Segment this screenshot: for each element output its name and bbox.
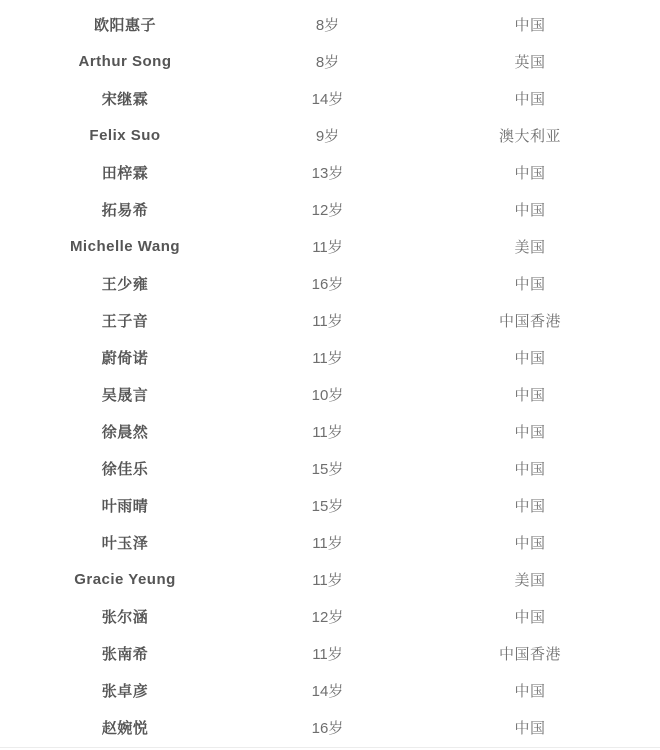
table-row: 田梓霖 13岁 中国 [0,154,660,191]
participant-name: Felix Suo [0,127,250,144]
table-row: 徐佳乐 15岁 中国 [0,450,660,487]
participant-age: 11岁 [250,643,405,664]
table-row: 赵婉悦 16岁 中国 [0,709,660,746]
participant-age: 16岁 [250,717,405,738]
participant-country: 美国 [405,569,655,590]
participant-age: 12岁 [250,199,405,220]
table-row: 欧阳惠子 8岁 中国 [0,6,660,43]
participant-name: 叶玉泽 [0,532,250,553]
participant-name: Michelle Wang [0,238,250,255]
participant-age: 15岁 [250,495,405,516]
participant-name: 徐佳乐 [0,458,250,479]
participant-country: 中国 [405,458,655,479]
participant-country: 中国 [405,532,655,553]
participant-country: 中国 [405,680,655,701]
table-row: 徐晨然 11岁 中国 [0,413,660,450]
participant-name: 徐晨然 [0,421,250,442]
participant-age: 11岁 [250,236,405,257]
participant-country: 中国 [405,421,655,442]
participant-name: 张南希 [0,643,250,664]
participant-name: Arthur Song [0,53,250,70]
table-row: 张南希 11岁 中国香港 [0,635,660,672]
participant-country: 中国 [405,495,655,516]
participant-country: 中国 [405,347,655,368]
participant-country: 澳大利亚 [405,125,655,146]
participant-age: 11岁 [250,532,405,553]
table-row: Arthur Song 8岁 英国 [0,43,660,80]
participant-country: 中国香港 [405,643,655,664]
participants-table: 欧阳惠子 8岁 中国 Arthur Song 8岁 英国 宋继霖 14岁 中国 … [0,0,660,746]
participant-country: 中国 [405,606,655,627]
table-row: 叶玉泽 11岁 中国 [0,524,660,561]
table-row: 张卓彦 14岁 中国 [0,672,660,709]
table-row: 吴晟言 10岁 中国 [0,376,660,413]
participant-country: 英国 [405,51,655,72]
table-row: 王子音 11岁 中国香港 [0,302,660,339]
participant-country: 美国 [405,236,655,257]
participant-name: 蔚倚诺 [0,347,250,368]
participant-age: 8岁 [250,14,405,35]
table-row: 蔚倚诺 11岁 中国 [0,339,660,376]
participant-name: 拓易希 [0,199,250,220]
table-row: Gracie Yeung 11岁 美国 [0,561,660,598]
participant-country: 中国 [405,384,655,405]
participant-age: 16岁 [250,273,405,294]
participant-name: 王少雍 [0,273,250,294]
participant-country: 中国 [405,88,655,109]
table-bottom-divider [0,747,660,748]
table-row: 叶雨晴 15岁 中国 [0,487,660,524]
participant-name: 叶雨晴 [0,495,250,516]
participant-name: 赵婉悦 [0,717,250,738]
participant-age: 15岁 [250,458,405,479]
participant-name: Gracie Yeung [0,571,250,588]
participant-country: 中国 [405,273,655,294]
participant-name: 宋继霖 [0,88,250,109]
participant-name: 张卓彦 [0,680,250,701]
participant-age: 12岁 [250,606,405,627]
participant-age: 11岁 [250,569,405,590]
table-row: Michelle Wang 11岁 美国 [0,228,660,265]
participant-name: 张尔涵 [0,606,250,627]
participant-country: 中国 [405,199,655,220]
participant-country: 中国 [405,162,655,183]
participant-name: 欧阳惠子 [0,14,250,35]
participant-age: 8岁 [250,51,405,72]
table-row: 拓易希 12岁 中国 [0,191,660,228]
table-row: 张尔涵 12岁 中国 [0,598,660,635]
participant-name: 田梓霖 [0,162,250,183]
participant-age: 14岁 [250,680,405,701]
table-row: Felix Suo 9岁 澳大利亚 [0,117,660,154]
participant-age: 11岁 [250,421,405,442]
table-row: 王少雍 16岁 中国 [0,265,660,302]
participant-age: 11岁 [250,347,405,368]
table-row: 宋继霖 14岁 中国 [0,80,660,117]
participant-age: 10岁 [250,384,405,405]
participant-age: 9岁 [250,125,405,146]
participant-name: 吴晟言 [0,384,250,405]
participant-name: 王子音 [0,310,250,331]
participant-age: 14岁 [250,88,405,109]
participant-age: 11岁 [250,310,405,331]
participant-country: 中国 [405,14,655,35]
participant-country: 中国香港 [405,310,655,331]
participant-age: 13岁 [250,162,405,183]
participant-country: 中国 [405,717,655,738]
